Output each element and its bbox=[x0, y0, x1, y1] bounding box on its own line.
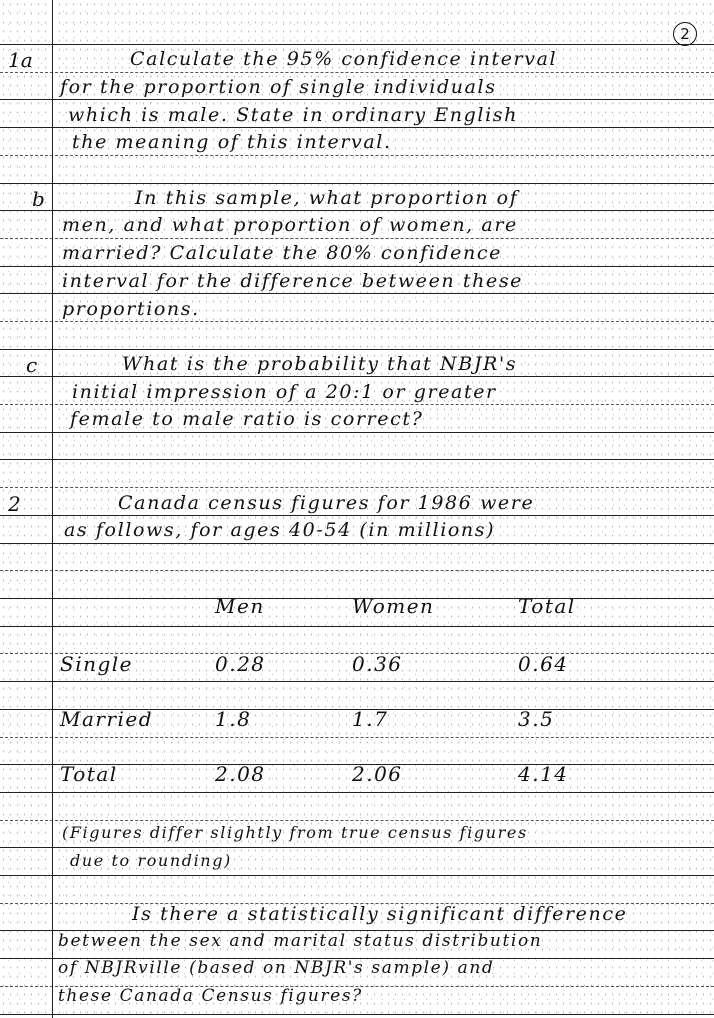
q1b-line-4: interval for the difference between thes… bbox=[62, 270, 523, 292]
table-column-header: Women bbox=[352, 594, 434, 618]
question-label-c: c bbox=[26, 353, 37, 377]
ruled-line bbox=[0, 127, 714, 128]
table-row-label: Single bbox=[60, 652, 133, 676]
table-cell: 1.7 bbox=[352, 707, 388, 731]
table-row-label: Married bbox=[60, 707, 153, 731]
q2-line-1: Canada census figures for 1986 were bbox=[118, 492, 534, 514]
ruled-line bbox=[0, 321, 714, 322]
question-label-1a: 1a bbox=[8, 48, 33, 72]
ruled-line bbox=[0, 515, 714, 516]
table-cell: 0.28 bbox=[215, 652, 266, 676]
table-cell: 2.06 bbox=[352, 762, 403, 786]
table-cell: 1.8 bbox=[215, 707, 251, 731]
ruled-line bbox=[0, 459, 714, 460]
margin-line bbox=[52, 0, 53, 1018]
ruled-line bbox=[0, 266, 714, 267]
final-question-line-2: between the sex and marital status distr… bbox=[58, 931, 542, 951]
q2-line-2: as follows, for ages 40-54 (in millions) bbox=[64, 519, 495, 541]
final-question-line-1: Is there a statistically significant dif… bbox=[132, 903, 627, 925]
ruled-line bbox=[0, 737, 714, 738]
ruled-line bbox=[0, 99, 714, 100]
question-label-b: b bbox=[32, 187, 45, 211]
ruled-line bbox=[0, 543, 714, 544]
ruled-line bbox=[0, 570, 714, 571]
q1c-line-2: initial impression of a 20:1 or greater bbox=[72, 381, 497, 403]
ruled-line bbox=[0, 293, 714, 294]
ruled-line bbox=[0, 875, 714, 876]
table-cell: 0.36 bbox=[352, 652, 403, 676]
q1b-line-1: In this sample, what proportion of bbox=[135, 187, 518, 209]
q1b-line-2: men, and what proportion of women, are bbox=[62, 214, 518, 236]
ruled-line bbox=[0, 155, 714, 156]
ruled-line bbox=[0, 792, 714, 793]
q1a-line-2: for the proportion of single individuals bbox=[60, 76, 497, 98]
table-row-label: Total bbox=[60, 762, 118, 786]
table-column-header: Men bbox=[215, 594, 265, 618]
ruled-line bbox=[0, 847, 714, 848]
question-label-2: 2 bbox=[8, 492, 21, 516]
ruled-line bbox=[0, 44, 714, 45]
ruled-line bbox=[0, 72, 714, 73]
q1b-line-5: proportions. bbox=[62, 298, 200, 320]
ruled-line bbox=[0, 1014, 714, 1015]
footnote-line-2: due to rounding) bbox=[70, 851, 232, 870]
final-question-line-4: these Canada Census figures? bbox=[58, 986, 363, 1006]
ruled-line bbox=[0, 210, 714, 211]
q1a-line-1: Calculate the 95% confidence interval bbox=[130, 48, 557, 70]
ruled-line bbox=[0, 238, 714, 239]
table-cell: 3.5 bbox=[518, 707, 554, 731]
q1b-line-3: married? Calculate the 80% confidence bbox=[62, 242, 502, 264]
ruled-line bbox=[0, 820, 714, 821]
ruled-line bbox=[0, 183, 714, 184]
final-question-line-3: of NBJRville (based on NBJR's sample) an… bbox=[58, 958, 494, 978]
q1c-line-3: female to male ratio is correct? bbox=[70, 408, 423, 430]
table-column-header: Total bbox=[518, 594, 576, 618]
ruled-line bbox=[0, 376, 714, 377]
table-cell: 4.14 bbox=[518, 762, 569, 786]
ruled-line bbox=[0, 487, 714, 488]
ruled-line bbox=[0, 681, 714, 682]
page-number: 2 bbox=[673, 22, 697, 46]
table-cell: 2.08 bbox=[215, 762, 266, 786]
ruled-line bbox=[0, 432, 714, 433]
q1c-line-1: What is the probability that NBJR's bbox=[122, 353, 517, 375]
footnote-line-1: (Figures differ slightly from true censu… bbox=[62, 823, 528, 842]
q1a-line-4: the meaning of this interval. bbox=[72, 131, 392, 153]
ruled-line bbox=[0, 404, 714, 405]
ruled-line bbox=[0, 626, 714, 627]
table-cell: 0.64 bbox=[518, 652, 569, 676]
ruled-line bbox=[0, 349, 714, 350]
q1a-line-3: which is male. State in ordinary English bbox=[68, 104, 518, 126]
